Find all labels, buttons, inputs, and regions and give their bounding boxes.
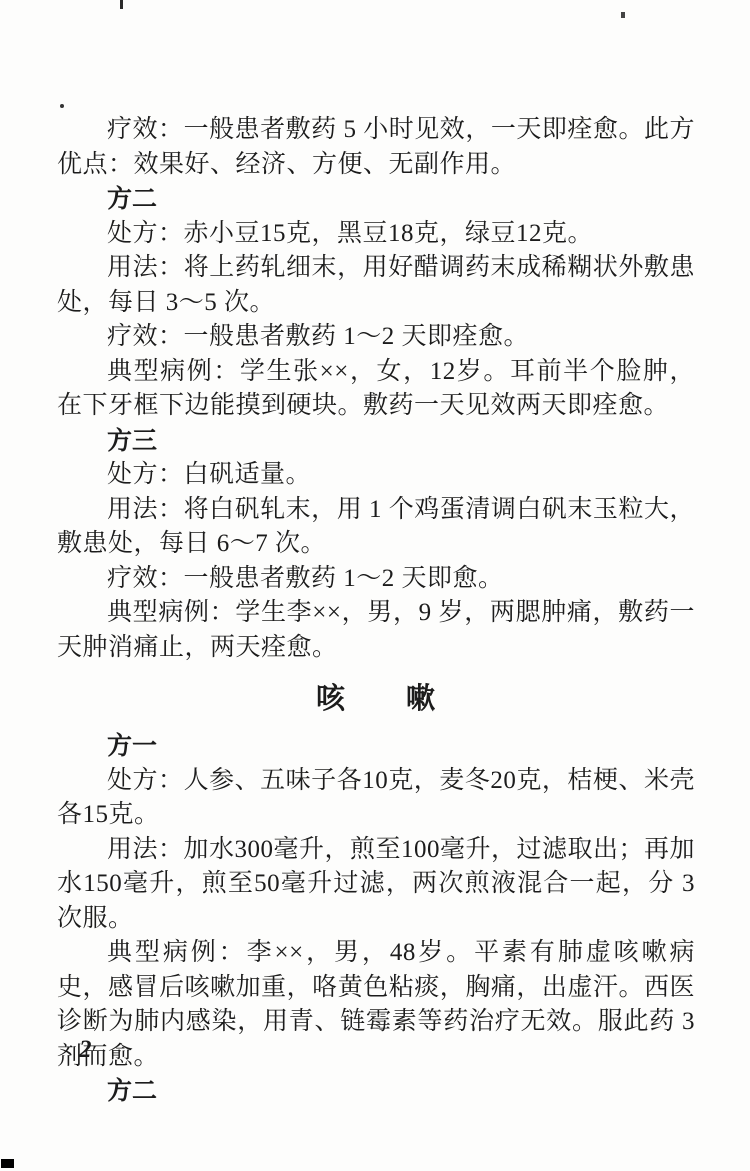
section-heading: 方三 [57,424,695,459]
scan-speck-icon [60,104,64,108]
paragraph-prescription: 处方：赤小豆15克，黑豆18克，绿豆12克。 [57,217,695,252]
section-heading: 方一 [57,729,695,764]
section-heading: 方二 [57,182,695,217]
paragraph-prescription: 处方：人参、五味子各10克，麦冬20克，桔梗、米壳各15克。 [57,764,695,833]
paragraph-typical-case: 典型病例：学生李××，男，9 岁，两腮肿痛，敷药一天肿消痛止，两天痊愈。 [57,596,695,665]
paragraph-prescription: 处方：白矾适量。 [57,458,695,493]
paragraph-cure-effect: 疗效：一般患者敷药 1～2 天即痊愈。 [57,320,695,355]
paragraph-cure-effect: 疗效：一般患者敷药 1～2 天即愈。 [57,562,695,597]
paragraph-usage: 用法：将上药轧细末，用好醋调药末成稀糊状外敷患处，每日 3～5 次。 [57,251,695,320]
section-heading: 方二 [57,1074,695,1109]
page-number: 2 [79,1036,92,1064]
page-content: 疗效：一般患者敷药 5 小时见效，一天即痊愈。此方优点：效果好、经济、方便、无副… [57,113,695,1109]
paragraph-usage: 用法：加水300毫升，煎至100毫升，过滤取出；再加水150毫升，煎至50毫升过… [57,833,695,937]
scan-mark-icon [1,1159,14,1168]
chapter-title: 咳 嗽 [57,679,695,719]
scan-speck-icon [621,12,625,18]
paragraph-typical-case: 典型病例：李××，男，48岁。平素有肺虚咳嗽病史，感冒后咳嗽加重，咯黄色粘痰，胸… [57,936,695,1074]
paragraph-cure-effect: 疗效：一般患者敷药 5 小时见效，一天即痊愈。此方优点：效果好、经济、方便、无副… [57,113,695,182]
scanned-book-page: 疗效：一般患者敷药 5 小时见效，一天即痊愈。此方优点：效果好、经济、方便、无副… [0,0,750,1171]
paragraph-usage: 用法：将白矾轧末，用 1 个鸡蛋清调白矾末玉粒大，敷患处，每日 6～7 次。 [57,493,695,562]
paragraph-typical-case: 典型病例：学生张××，女，12岁。耳前半个脸肿，在下牙框下边能摸到硬块。敷药一天… [57,355,695,424]
scan-speck-icon [120,0,123,9]
